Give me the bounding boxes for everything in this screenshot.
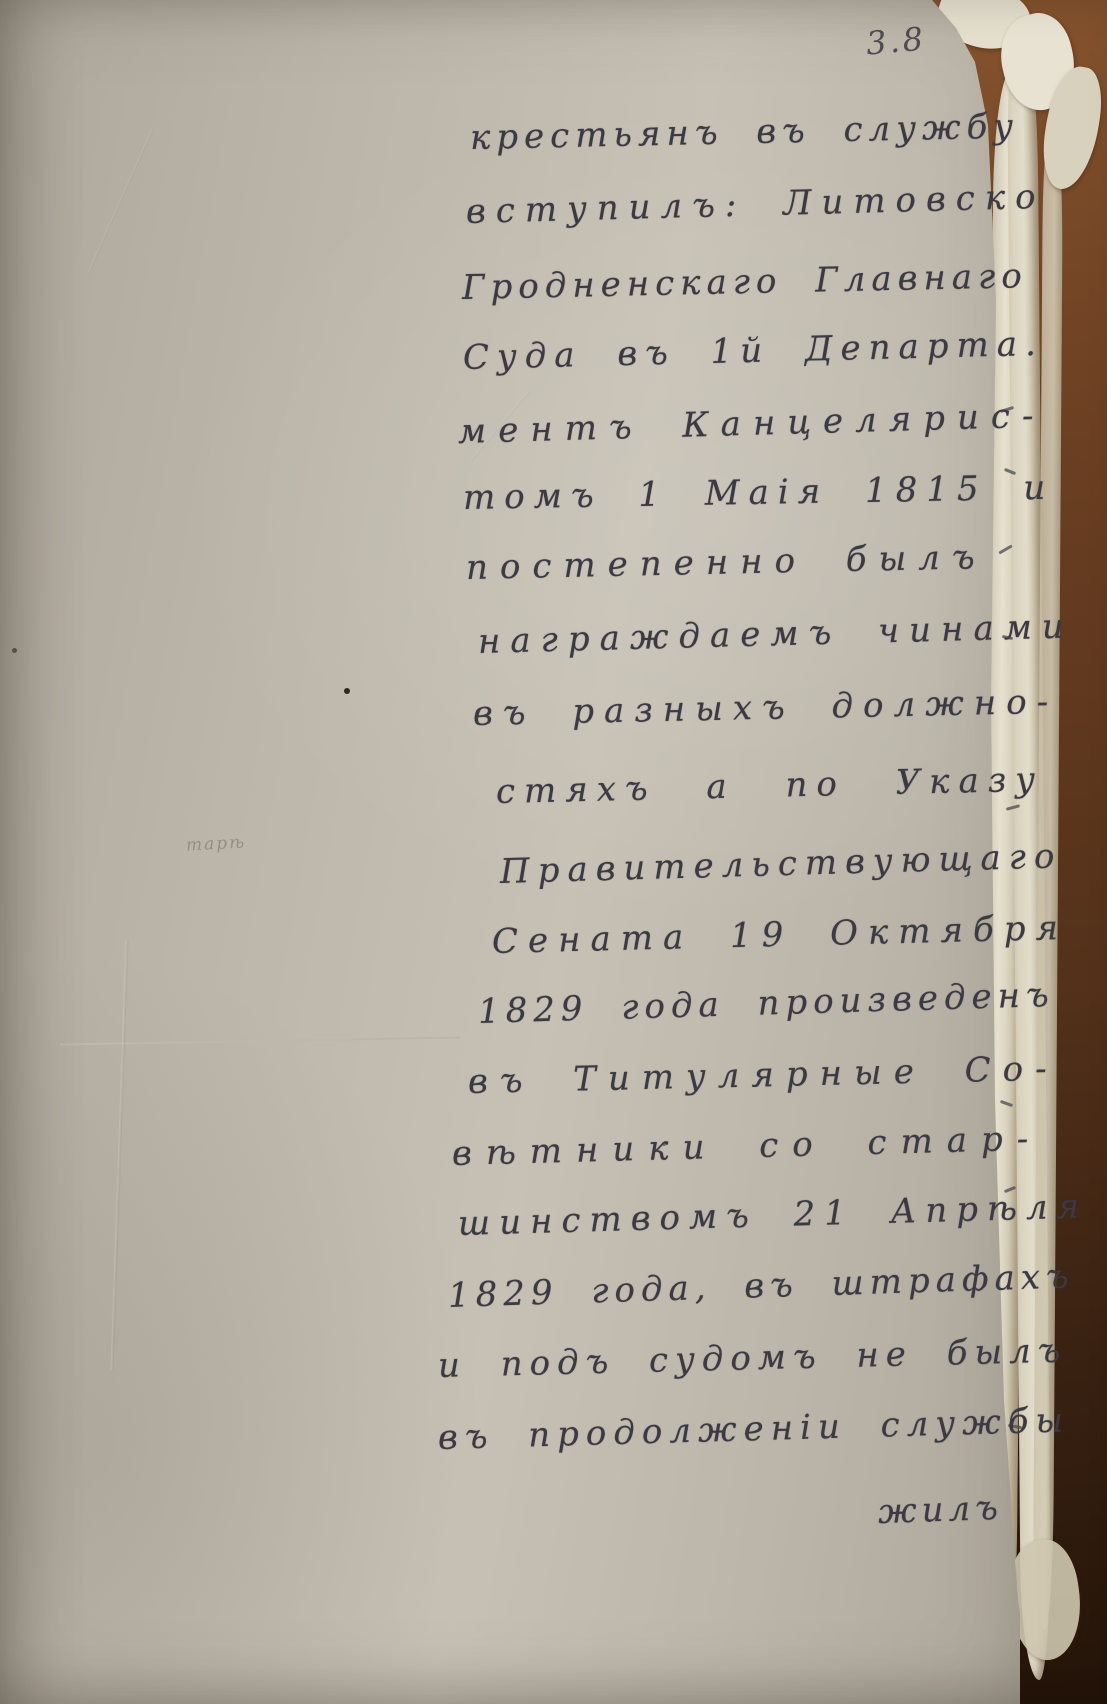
paper-speck <box>12 648 17 653</box>
catchword: жилъ <box>877 1488 1003 1532</box>
paper-crease <box>88 127 155 274</box>
paper-speck <box>344 688 350 694</box>
paper-crease <box>60 1037 460 1046</box>
folio-number: 3.8 <box>864 19 927 62</box>
margin-note: тарѣ <box>186 832 247 855</box>
document-photo: 3.8 тарѣ крестьянъ въ службу вступилъ: Л… <box>0 0 1107 1704</box>
paper-crease <box>110 940 128 1370</box>
